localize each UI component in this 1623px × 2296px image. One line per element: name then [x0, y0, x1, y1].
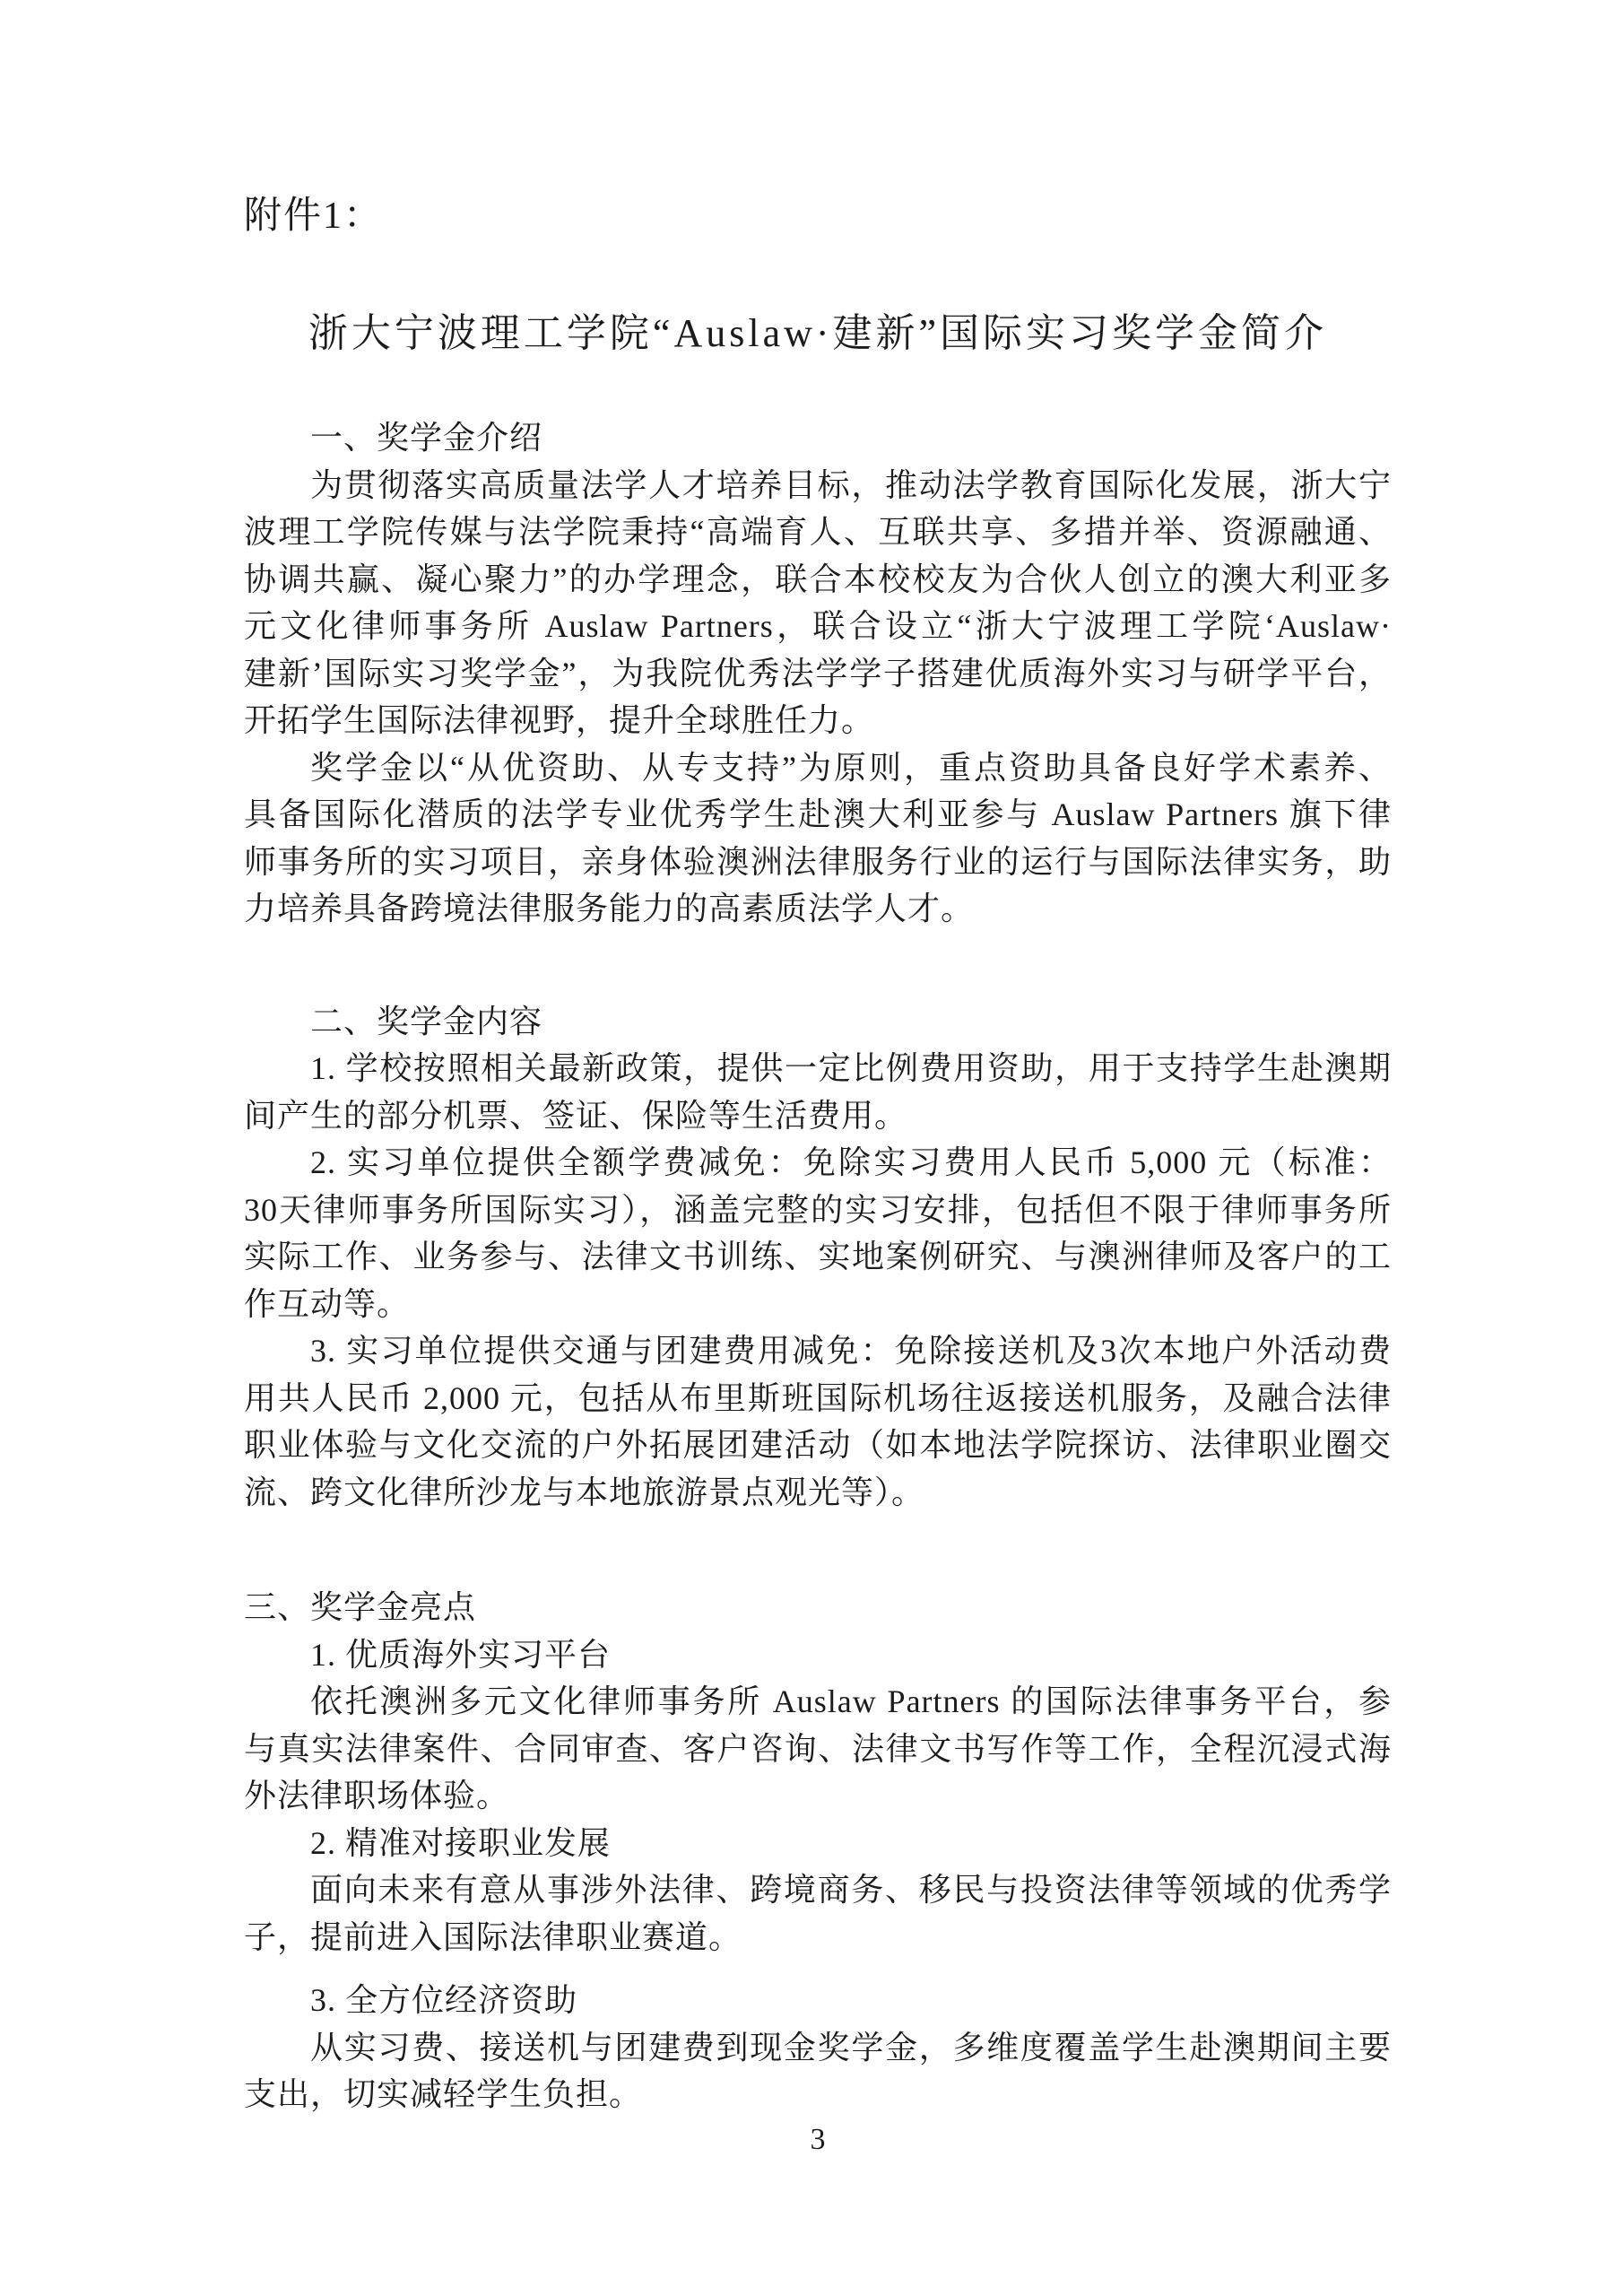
text-line: 2. 实习单位提供全额学费减免：免除实习费用人民币 5,000 元（标准： — [244, 1139, 1392, 1187]
text-line: 依托澳洲多元文化律师事务所 Auslaw Partners 的国际法律事务平台，… — [244, 1678, 1392, 1726]
text-line: 师事务所的实习项目，亲身体验澳洲法律服务行业的运行与国际法律实务，助 — [244, 839, 1392, 886]
attachment-label: 附件1： — [244, 0, 1392, 236]
text-line: 3. 实习单位提供交通与团建费用减免：免除接送机及3次本地户外活动费 — [244, 1327, 1392, 1375]
text-line: 间产生的部分机票、签证、保险等生活费用。 — [244, 1092, 1392, 1140]
text-line: 外法律职场体验。 — [244, 1772, 1392, 1820]
text-line: 力培养具备跨境法律服务能力的高素质法学人才。 — [244, 885, 1392, 933]
page-number: 3 — [244, 2124, 1392, 2156]
text-line: 协调共赢、凝心聚力”的办学理念，联合本校校友为合伙人创立的澳大利亚多 — [244, 556, 1392, 604]
text-line: 波理工学院传媒与法学院秉持“高端育人、互联共享、多措并举、资源融通、 — [244, 509, 1392, 556]
text-line: 从实习费、接送机与团建费到现金奖学金，多维度覆盖学生赴澳期间主要 — [244, 2024, 1392, 2072]
section-1-heading: 一、奖学金介绍 — [244, 414, 1392, 462]
text-line: 子，提前进入国际法律职业赛道。 — [244, 1914, 1392, 1961]
document-page: 附件1： 浙大宁波理工学院“Auslaw·建新”国际实习奖学金简介 一、奖学金介… — [0, 0, 1623, 2296]
section-gap — [244, 1961, 1392, 1977]
text-line: 奖学金以“从优资助、从专支持”为原则，重点资助具备良好学术素养、 — [244, 744, 1392, 792]
text-line: 支出，切实减轻学生负担。 — [244, 2071, 1392, 2118]
text-line: 1. 优质海外实习平台 — [244, 1631, 1392, 1679]
section-gap — [244, 1516, 1392, 1584]
text-line: 用共人民币 2,000 元，包括从布里斯班国际机场往返接送机服务，及融合法律 — [244, 1375, 1392, 1422]
section-3-heading: 三、奖学金亮点 — [244, 1584, 1392, 1631]
text-line: 与真实法律案件、合同审查、客户咨询、法律文书写作等工作，全程沉浸式海 — [244, 1726, 1392, 1773]
text-line: 实际工作、业务参与、法律文书训练、实地案例研究、与澳洲律师及客户的工 — [244, 1233, 1392, 1281]
text-line: 面向未来有意从事涉外法律、跨境商务、移民与投资法律等领域的优秀学 — [244, 1866, 1392, 1914]
text-line: 元文化律师事务所 Auslaw Partners，联合设立“浙大宁波理工学院‘A… — [244, 603, 1392, 650]
text-line: 为贯彻落实高质量法学人才培养目标，推动法学教育国际化发展，浙大宁 — [244, 462, 1392, 509]
text-line: 1. 学校按照相关最新政策，提供一定比例费用资助，用于支持学生赴澳期 — [244, 1045, 1392, 1092]
document-body: 一、奖学金介绍 为贯彻落实高质量法学人才培养目标，推动法学教育国际化发展，浙大宁… — [244, 414, 1392, 2118]
text-line: 流、跨文化律所沙龙与本地旅游景点观光等）。 — [244, 1469, 1392, 1517]
text-line: 3. 全方位经济资助 — [244, 1977, 1392, 2024]
document-title: 浙大宁波理工学院“Auslaw·建新”国际实习奖学金简介 — [244, 313, 1392, 354]
text-line: 具备国际化潜质的法学专业优秀学生赴澳大利亚参与 Auslaw Partners … — [244, 791, 1392, 839]
text-line: 作互动等。 — [244, 1281, 1392, 1328]
text-line: 建新’国际实习奖学金”，为我院优秀法学学子搭建优质海外实习与研学平台， — [244, 650, 1392, 698]
text-line: 开拓学生国际法律视野，提升全球胜任力。 — [244, 697, 1392, 744]
text-line: 2. 精准对接职业发展 — [244, 1820, 1392, 1867]
text-line: 职业体验与文化交流的户外拓展团建活动（如本地法学院探访、法律职业圈交 — [244, 1422, 1392, 1469]
text-line: 30天律师事务所国际实习），涵盖完整的实习安排，包括但不限于律师事务所 — [244, 1187, 1392, 1234]
section-2-heading: 二、奖学金内容 — [244, 998, 1392, 1046]
section-gap — [244, 933, 1392, 998]
